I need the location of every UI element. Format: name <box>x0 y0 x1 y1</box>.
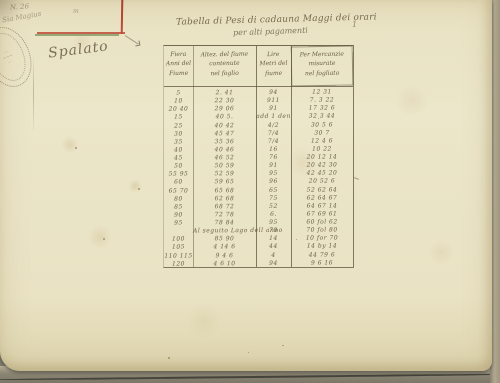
table-cell: 22 30 <box>193 97 256 104</box>
table-cell: 95 <box>164 219 193 226</box>
table-cell: 6. <box>256 210 291 217</box>
table-cell: 75 <box>256 194 291 201</box>
table-cell: 2. 41 <box>193 89 256 96</box>
table-cell: 14 by 14 <box>291 242 353 249</box>
table-cell: 20 42 30 <box>291 161 353 168</box>
table-cell: 85 <box>164 203 193 210</box>
table-cell: 45 <box>164 154 193 161</box>
seal-text-line: ··· <box>7 59 13 66</box>
table-cell: 50 <box>164 162 193 169</box>
stain-speck <box>103 238 105 240</box>
table-cell: 4 6 10 <box>193 259 256 266</box>
table-cell: 68 72 <box>193 202 256 209</box>
table-cell: 4 14 6 <box>193 243 256 250</box>
table-cell: 120 <box>164 260 193 267</box>
stain-speck <box>168 357 170 359</box>
table-cell: 70 <box>256 226 291 233</box>
header-cell: LireMetri delfiume <box>256 46 292 87</box>
table-cell: 65 <box>256 186 291 193</box>
table-cell: 60 fol 62 <box>291 218 353 225</box>
table-cell: 40 <box>164 146 193 153</box>
table-cell: Al seguito Lago dell anno <box>193 227 256 234</box>
table-cell: 10 <box>164 97 193 104</box>
manuscript-paper: N. 26 Sia Magius m ··· ~~~ ··· Spalato T… <box>0 0 492 371</box>
table-cell: 30 5 6 <box>291 120 353 127</box>
header-cell: Altez. del fiumecontenutenel foglio <box>193 45 257 86</box>
table-header-row: FieraAnni delFiumeAltez. del fiumeconten… <box>164 46 353 86</box>
table-cell: 14 <box>256 235 291 242</box>
table-cell: 20 12 14 <box>291 153 353 160</box>
manuscript-table: FieraAnni delFiumeAltez. del fiumeconten… <box>163 45 354 268</box>
table-cell: 95 <box>256 170 291 177</box>
table-cell: 90 <box>164 211 193 218</box>
table-cell: 15 <box>164 113 193 120</box>
table-cell: 35 36 <box>193 137 256 144</box>
place-name: Spalato <box>47 38 109 61</box>
table-cell: 67 69 61 <box>291 210 353 217</box>
header-cell: FieraAnni delFiume <box>164 46 194 87</box>
table-cell: 44 79 6 <box>291 250 353 257</box>
table-cell: 7/4 <box>256 129 291 136</box>
table-cell: 4 <box>256 251 291 258</box>
table-cell: 55 95 <box>164 170 193 177</box>
paper-crease-line <box>33 55 34 131</box>
table-cell: 5 <box>164 89 193 96</box>
pencil-arrowhead-icon <box>135 41 141 47</box>
table-cell: 91 <box>256 161 291 168</box>
green-underline-mark <box>35 34 119 36</box>
table-cell: 110 115 <box>164 252 193 259</box>
table-cell: 65 70 <box>164 187 193 194</box>
table-cell: 52 <box>256 202 291 209</box>
table-cell: 9 4 6 <box>193 251 256 258</box>
table-cell: 40 42 <box>193 121 256 128</box>
table-cell: 78 84 <box>193 219 256 226</box>
table-cell: 64 67 14 <box>291 202 353 209</box>
title-tick-mark: 1 <box>352 20 357 29</box>
stain-speck <box>248 352 249 353</box>
oval-seal-inner: ··· ~~~ ··· <box>0 28 32 86</box>
table-cell: 95 <box>256 218 291 225</box>
document-title-line1: Tabella di Pesi di cadauna Maggi dei ora… <box>176 12 377 27</box>
document-title-line2: per alti pagamenti <box>233 26 308 38</box>
table-cell: 62 64 67 <box>291 194 353 201</box>
table-cell: 50 59 <box>193 162 256 169</box>
table-cell: 94 <box>256 88 291 95</box>
corner-note-line1: N. 26 <box>10 2 30 11</box>
table-cell: 7/4 <box>256 137 291 144</box>
small-ink-mark: m <box>73 8 79 15</box>
table-body: 52. 419412 311022 309117. 3 2220 4029 06… <box>164 88 353 267</box>
table-cell: 70 fol 80 <box>291 226 353 233</box>
table-cell: 80 <box>164 195 193 202</box>
table-cell: 4/2 <box>256 121 291 128</box>
table-cell: 62 68 <box>193 194 256 201</box>
table-cell: 94 <box>256 259 291 266</box>
table-cell: 10 22 <box>291 145 353 152</box>
table-cell: 100 <box>164 235 193 242</box>
table-cell: 72 78 <box>193 210 256 217</box>
table-cell: 30 <box>164 130 193 137</box>
table-cell: 911 <box>256 96 291 103</box>
table-cell: 46 52 <box>193 154 256 161</box>
table-cell: 40 5. <box>193 113 256 120</box>
table-cell: 20 52 6 <box>291 177 353 184</box>
table-cell: 35 <box>164 138 193 145</box>
table-cell: 9 6 16 <box>291 259 353 266</box>
stain-speck <box>138 188 140 190</box>
table-cell: 40 46 <box>193 145 256 152</box>
table-cell: 76 <box>256 153 291 160</box>
table-cell: 12 31 <box>291 88 353 95</box>
table-cell: 16 <box>256 145 291 152</box>
stain-speck <box>75 147 77 149</box>
table-cell: 52 62 64 <box>291 185 353 192</box>
stain-speck <box>282 345 284 346</box>
table-cell: 25 <box>164 122 193 129</box>
table-row: 1204 6 10949 6 16 <box>164 258 353 267</box>
table-cell: 59 65 <box>193 178 256 185</box>
table-cell: 91 <box>256 105 291 112</box>
table-cell: 65 68 <box>193 186 256 193</box>
table-cell: 96 <box>256 178 291 185</box>
corner-note-line2: Sia Magius <box>2 10 42 25</box>
red-registration-line-vertical <box>121 0 124 34</box>
table-cell: add 1 den <box>256 113 291 120</box>
table-cell: 32 3 44 <box>291 112 353 119</box>
table-cell: 30 7 <box>291 129 353 136</box>
table-cell: 20 40 <box>164 105 193 112</box>
table-cell: 44 <box>256 243 291 250</box>
table-cell: 12 4 6 <box>291 137 353 144</box>
table-cell: 7. 3 22 <box>291 96 353 103</box>
margin-dash-mark <box>354 177 359 180</box>
header-cell: Per Mercanziemisuratenel fogliato <box>291 45 354 86</box>
oval-seal-stamp: ··· ~~~ ··· <box>0 20 40 94</box>
table-cell: 105 <box>164 243 193 250</box>
table-cell: 45 47 <box>193 129 256 136</box>
table-cell: 60 <box>164 178 193 185</box>
scanned-document-photo: N. 26 Sia Magius m ··· ~~~ ··· Spalato T… <box>0 0 500 383</box>
